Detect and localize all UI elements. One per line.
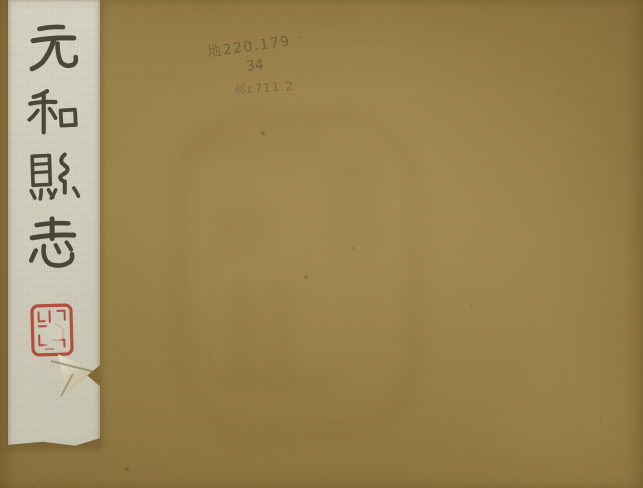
calligraphy-stroke-art [24, 16, 82, 80]
calligraphy-stroke-art [24, 150, 82, 208]
tear-crease [60, 373, 74, 397]
embossed-shape [190, 133, 330, 158]
title-char-he: 和 [24, 86, 82, 140]
call-number-line-2: 34 [245, 57, 264, 75]
title-char-text: 元 [24, 16, 82, 80]
title-char-xian: 縣 [24, 150, 82, 208]
title-char-text: 縣 [24, 150, 82, 208]
title-slip: 元 和 縣 [8, 0, 100, 448]
title-char-text: 志 [24, 214, 82, 278]
title-char-zhi: 志 [24, 214, 82, 278]
collector-seal [29, 302, 74, 357]
embossed-shape [218, 205, 268, 255]
calligraphy-stroke-art [24, 86, 82, 140]
book-cover-scan: { "document": { "type": "Scanned front c… [0, 0, 643, 488]
title-char-text: 和 [24, 86, 82, 140]
embossed-shape [205, 372, 335, 394]
embossed-shape [330, 150, 378, 250]
seal-glyphs [29, 302, 74, 357]
torn-paper-flap [54, 354, 94, 394]
title-char-yuan: 元 [24, 16, 82, 80]
embossed-shape [270, 278, 290, 378]
embossed-shape [232, 283, 256, 378]
foxing-specks [0, 0, 2, 2]
calligraphy-stroke-art [24, 214, 82, 278]
